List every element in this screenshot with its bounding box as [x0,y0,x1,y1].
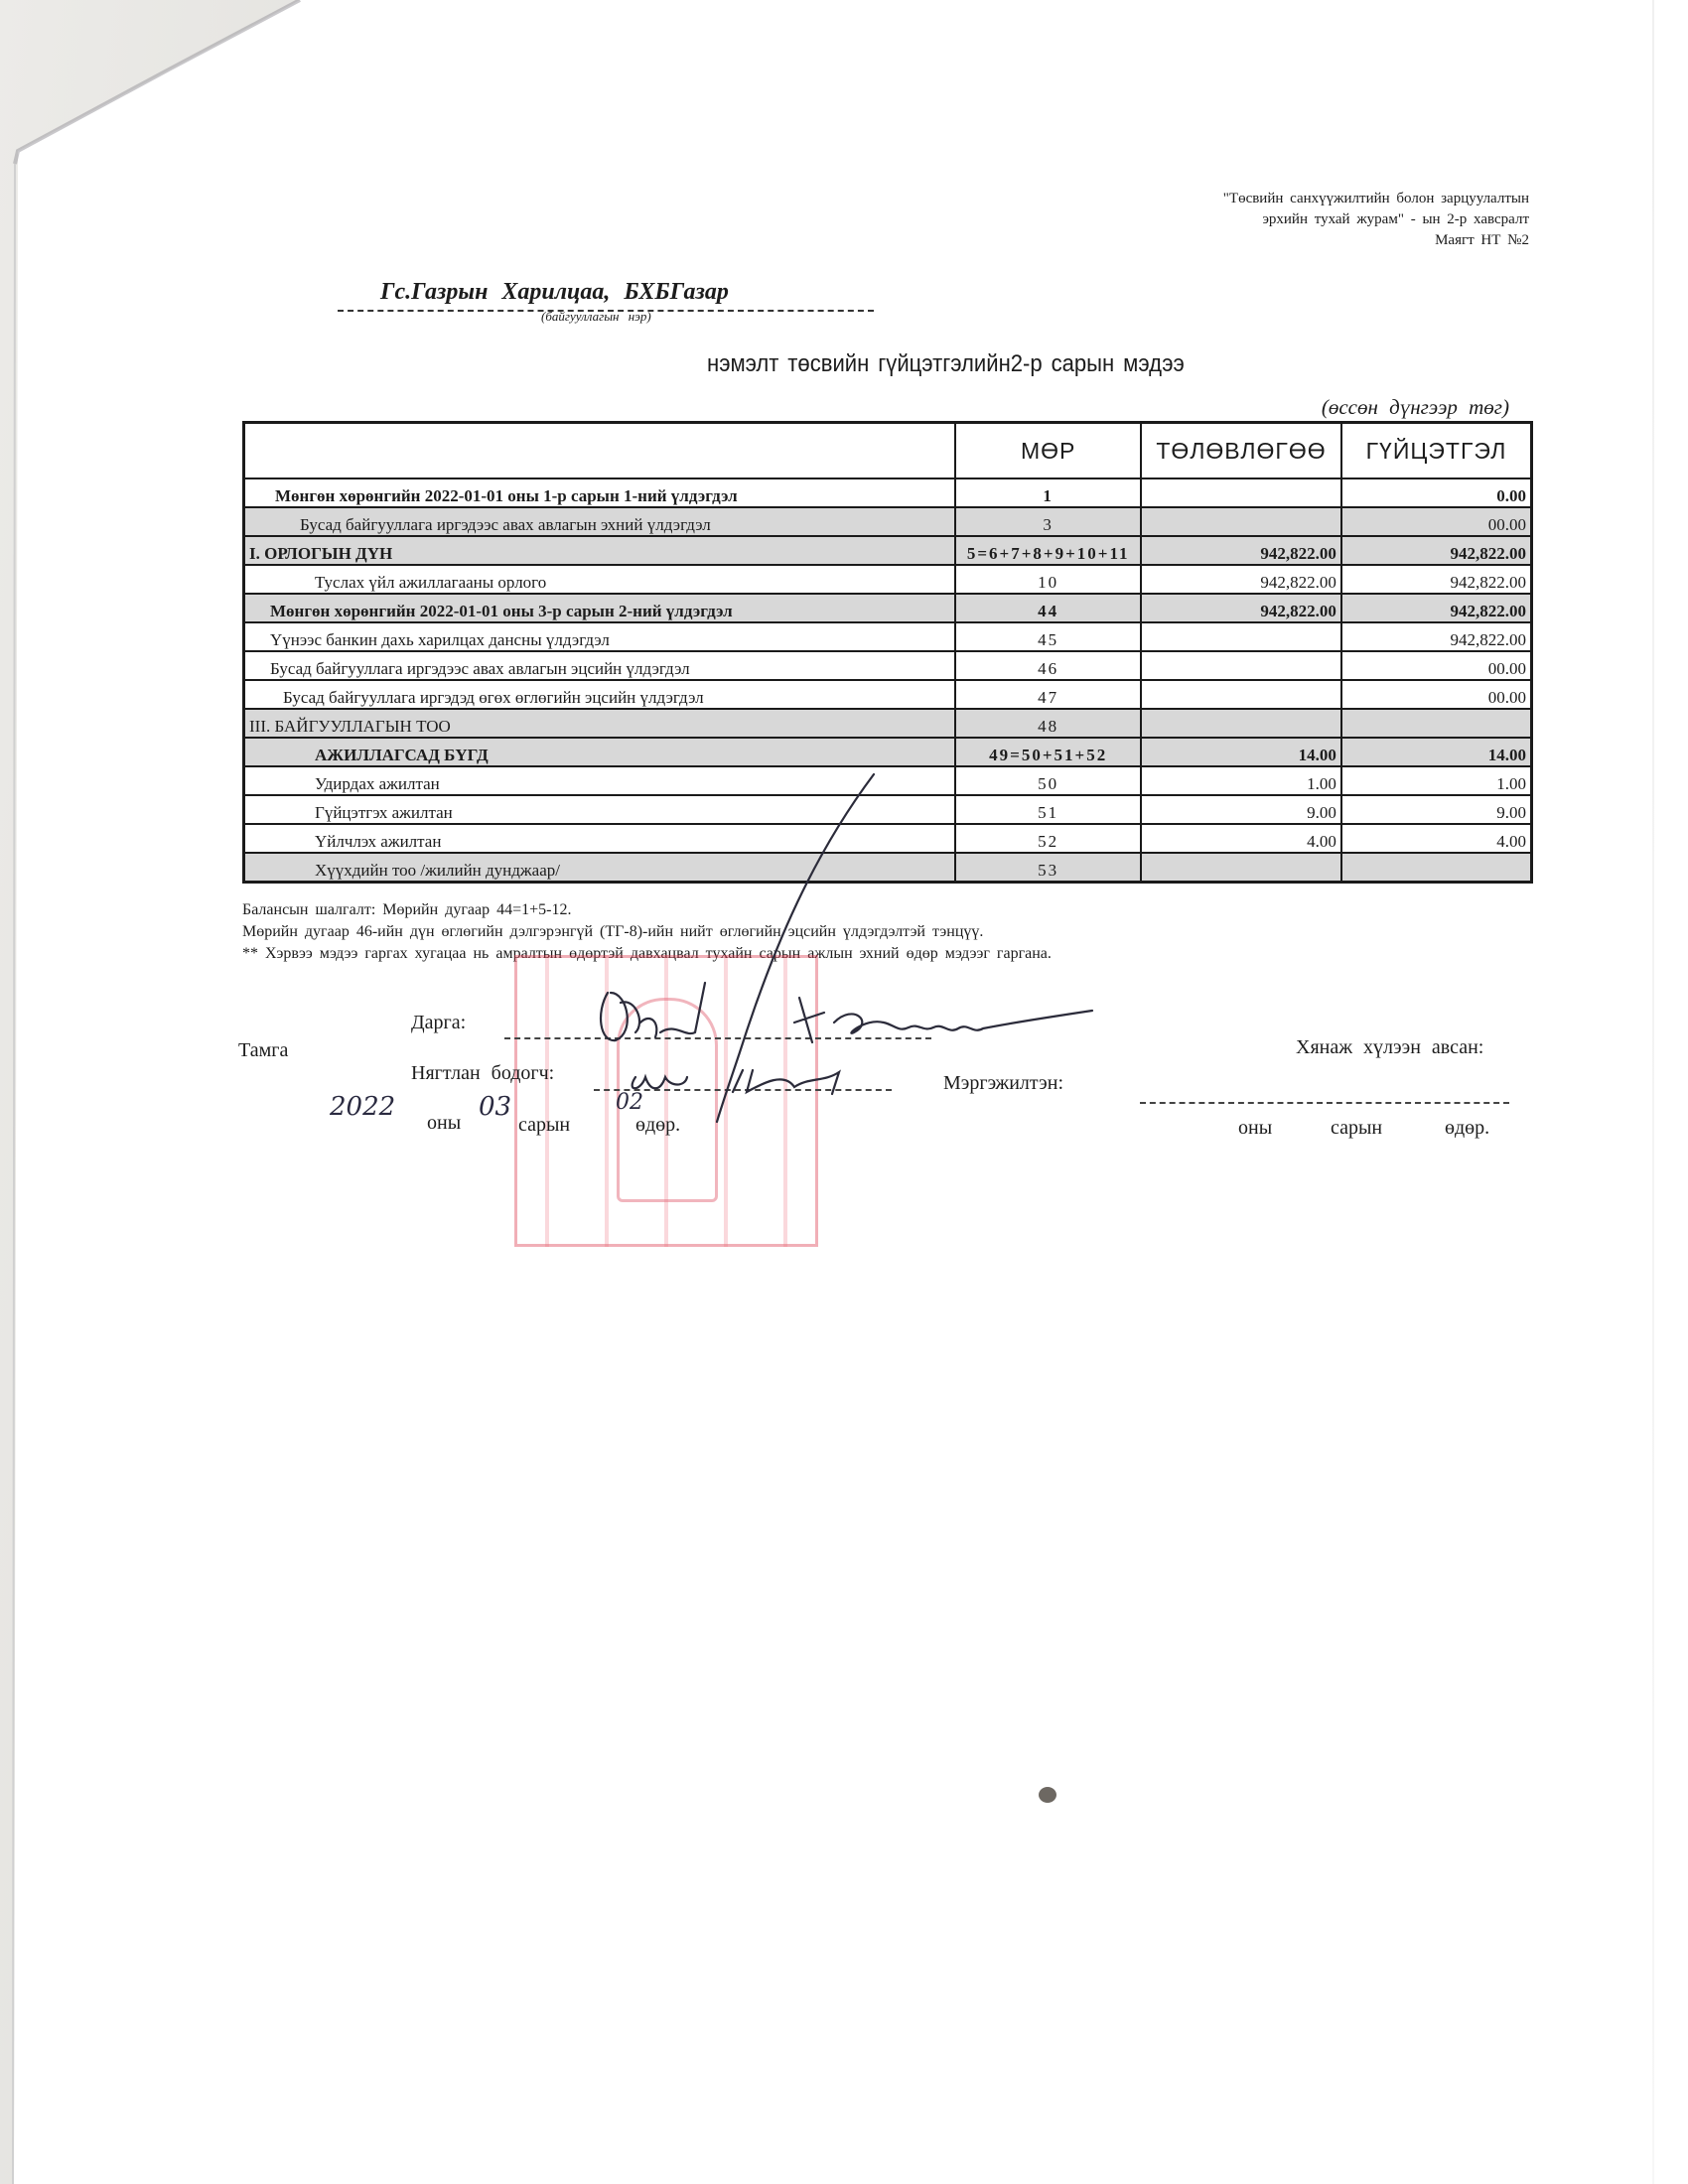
scan-fold-shadow [0,0,1688,2184]
row-label: Бусад байгууллага иргэдээс авах авлагын … [244,507,956,536]
plan-value: 9.00 [1141,795,1341,824]
actual-value: 00.00 [1341,507,1532,536]
row-number: 47 [955,680,1141,709]
column-header-row-number: МӨР [955,423,1141,479]
date-year-handwritten: 2022 [330,1092,395,1122]
received-month-suffix: сарын [1331,1117,1382,1140]
plan-value: 942,822.00 [1141,536,1341,565]
row-number: 48 [955,709,1141,738]
row-label: Гүйцэтгэх ажилтан [244,795,956,824]
plan-value [1141,478,1341,507]
actual-value: 942,822.00 [1341,594,1532,622]
row-number: 5=6+7+8+9+10+11 [955,536,1141,565]
plan-value: 942,822.00 [1141,565,1341,594]
note-balance-check: Балансын шалгалт: Мөрийн дугаар 44=1+5-1… [242,899,1052,921]
plan-value [1141,709,1341,738]
actual-value [1341,853,1532,883]
row-number: 50 [955,766,1141,795]
specialist-label: Мэргэжилтэн: [943,1072,1063,1095]
received-day-suffix: өдөр. [1445,1117,1489,1140]
plan-value: 14.00 [1141,738,1341,766]
row-number: 44 [955,594,1141,622]
specialist-signature-line [1140,1102,1509,1104]
plan-value [1141,853,1341,883]
actual-value: 942,822.00 [1341,622,1532,651]
column-header-actual: ГҮЙЦЭТГЭЛ [1341,423,1532,479]
ink-smudge [1039,1787,1056,1803]
row-label: АЖИЛЛАГСАД БҮГД [244,738,956,766]
table-row: Бусад байгууллага иргэдэд өгөх өглөгийн … [244,680,1532,709]
table-row: Удирдах ажилтан501.001.00 [244,766,1532,795]
plan-value: 942,822.00 [1141,594,1341,622]
plan-value: 4.00 [1141,824,1341,853]
row-number: 45 [955,622,1141,651]
actual-value: 4.00 [1341,824,1532,853]
date-month-suffix: сарын [518,1114,570,1137]
row-label: Үүнээс банкин дахь харилцах дансны үлдэг… [244,622,956,651]
row-number: 53 [955,853,1141,883]
official-stamp [514,955,818,1247]
organization-name: Гс.Газрын Харилцаа, БХБГазар [380,279,729,306]
table-row: I. ОРЛОГЫН ДҮН5=6+7+8+9+10+11942,822.009… [244,536,1532,565]
director-signature-line [504,1037,931,1039]
row-label: Мөнгөн хөрөнгийн 2022-01-01 оны 1-р сары… [244,478,956,507]
table-header-row: МӨР ТӨЛӨВЛӨГӨӨ ГҮЙЦЭТГЭЛ [244,423,1532,479]
table-row: Мөнгөн хөрөнгийн 2022-01-01 оны 1-р сары… [244,478,1532,507]
plan-value [1141,507,1341,536]
form-reference-line1: "Төсвийн санхүүжилтийн болон зарцуулалты… [1223,189,1529,209]
director-label: Дарга: [411,1012,466,1034]
table-row: Гүйцэтгэх ажилтан519.009.00 [244,795,1532,824]
table-row: Туслах үйл ажиллагааны орлого10942,822.0… [244,565,1532,594]
received-year-suffix: оны [1238,1117,1272,1140]
table-row: Үүнээс банкин дахь харилцах дансны үлдэг… [244,622,1532,651]
actual-value: 1.00 [1341,766,1532,795]
report-title: нэмэлт төсвийн гүйцэтгэлийн2-р сарын мэд… [707,350,1185,378]
row-number: 46 [955,651,1141,680]
form-reference-line2: эрхийн тухай журам" - ын 2-р хавсралт [1223,209,1529,230]
form-number: Маягт НТ №2 [1223,230,1529,251]
plan-value [1141,622,1341,651]
column-header-plan: ТӨЛӨВЛӨГӨӨ [1141,423,1341,479]
handwritten-signatures [0,0,1688,2184]
received-label: Хянаж хүлээн авсан: [1296,1036,1483,1059]
row-number: 51 [955,795,1141,824]
table-row: Хүүхдийн тоо /жилийн дунджаар/53 [244,853,1532,883]
table-row: АЖИЛЛАГСАД БҮГД49=50+51+5214.0014.00 [244,738,1532,766]
date-day-handwritten: 02 [616,1090,643,1115]
actual-value: 0.00 [1341,478,1532,507]
row-label: Бусад байгууллага иргэдэд өгөх өглөгийн … [244,680,956,709]
table-row: Бусад байгууллага иргэдээс авах авлагын … [244,651,1532,680]
row-label: Удирдах ажилтан [244,766,956,795]
row-label: III. БАЙГУУЛЛАГЫН ТОО [244,709,956,738]
actual-value: 942,822.00 [1341,536,1532,565]
date-day-suffix: өдөр. [635,1114,680,1137]
row-label: Туслах үйл ажиллагааны орлого [244,565,956,594]
column-header-label [244,423,956,479]
row-number: 52 [955,824,1141,853]
row-label: Бусад байгууллага иргэдээс авах авлагын … [244,651,956,680]
date-year-suffix: оны [427,1112,461,1135]
organization-caption: (байгууллагын нэр) [541,309,651,325]
plan-value: 1.00 [1141,766,1341,795]
plan-value [1141,651,1341,680]
actual-value: 14.00 [1341,738,1532,766]
note-row46: Мөрийн дугаар 46-ийн дүн өглөгийн дэлгэр… [242,921,1052,943]
form-reference: "Төсвийн санхүүжилтийн болон зарцуулалты… [1223,189,1529,251]
actual-value: 00.00 [1341,680,1532,709]
row-number: 10 [955,565,1141,594]
table-row: Үйлчлэх ажилтан524.004.00 [244,824,1532,853]
date-month-handwritten: 03 [479,1092,511,1122]
stamp-label: Тамга [238,1039,288,1062]
scan-edge-line [1652,0,1654,2184]
actual-value: 942,822.00 [1341,565,1532,594]
report-subtitle: (өссөн дүнгээр төг) [1322,395,1509,420]
table-body: Мөнгөн хөрөнгийн 2022-01-01 оны 1-р сары… [244,478,1532,883]
table-row: III. БАЙГУУЛЛАГЫН ТОО48 [244,709,1532,738]
actual-value [1341,709,1532,738]
actual-value: 00.00 [1341,651,1532,680]
report-table: МӨР ТӨЛӨВЛӨГӨӨ ГҮЙЦЭТГЭЛ Мөнгөн хөрөнгий… [242,421,1533,884]
row-label: Хүүхдийн тоо /жилийн дунджаар/ [244,853,956,883]
row-label: I. ОРЛОГЫН ДҮН [244,536,956,565]
accountant-label: Нягтлан бодогч: [411,1062,554,1085]
row-label: Мөнгөн хөрөнгийн 2022-01-01 оны 3-р сары… [244,594,956,622]
row-number: 49=50+51+52 [955,738,1141,766]
plan-value [1141,680,1341,709]
table-row: Мөнгөн хөрөнгийн 2022-01-01 оны 3-р сары… [244,594,1532,622]
row-label: Үйлчлэх ажилтан [244,824,956,853]
row-number: 1 [955,478,1141,507]
table-row: Бусад байгууллага иргэдээс авах авлагын … [244,507,1532,536]
actual-value: 9.00 [1341,795,1532,824]
row-number: 3 [955,507,1141,536]
